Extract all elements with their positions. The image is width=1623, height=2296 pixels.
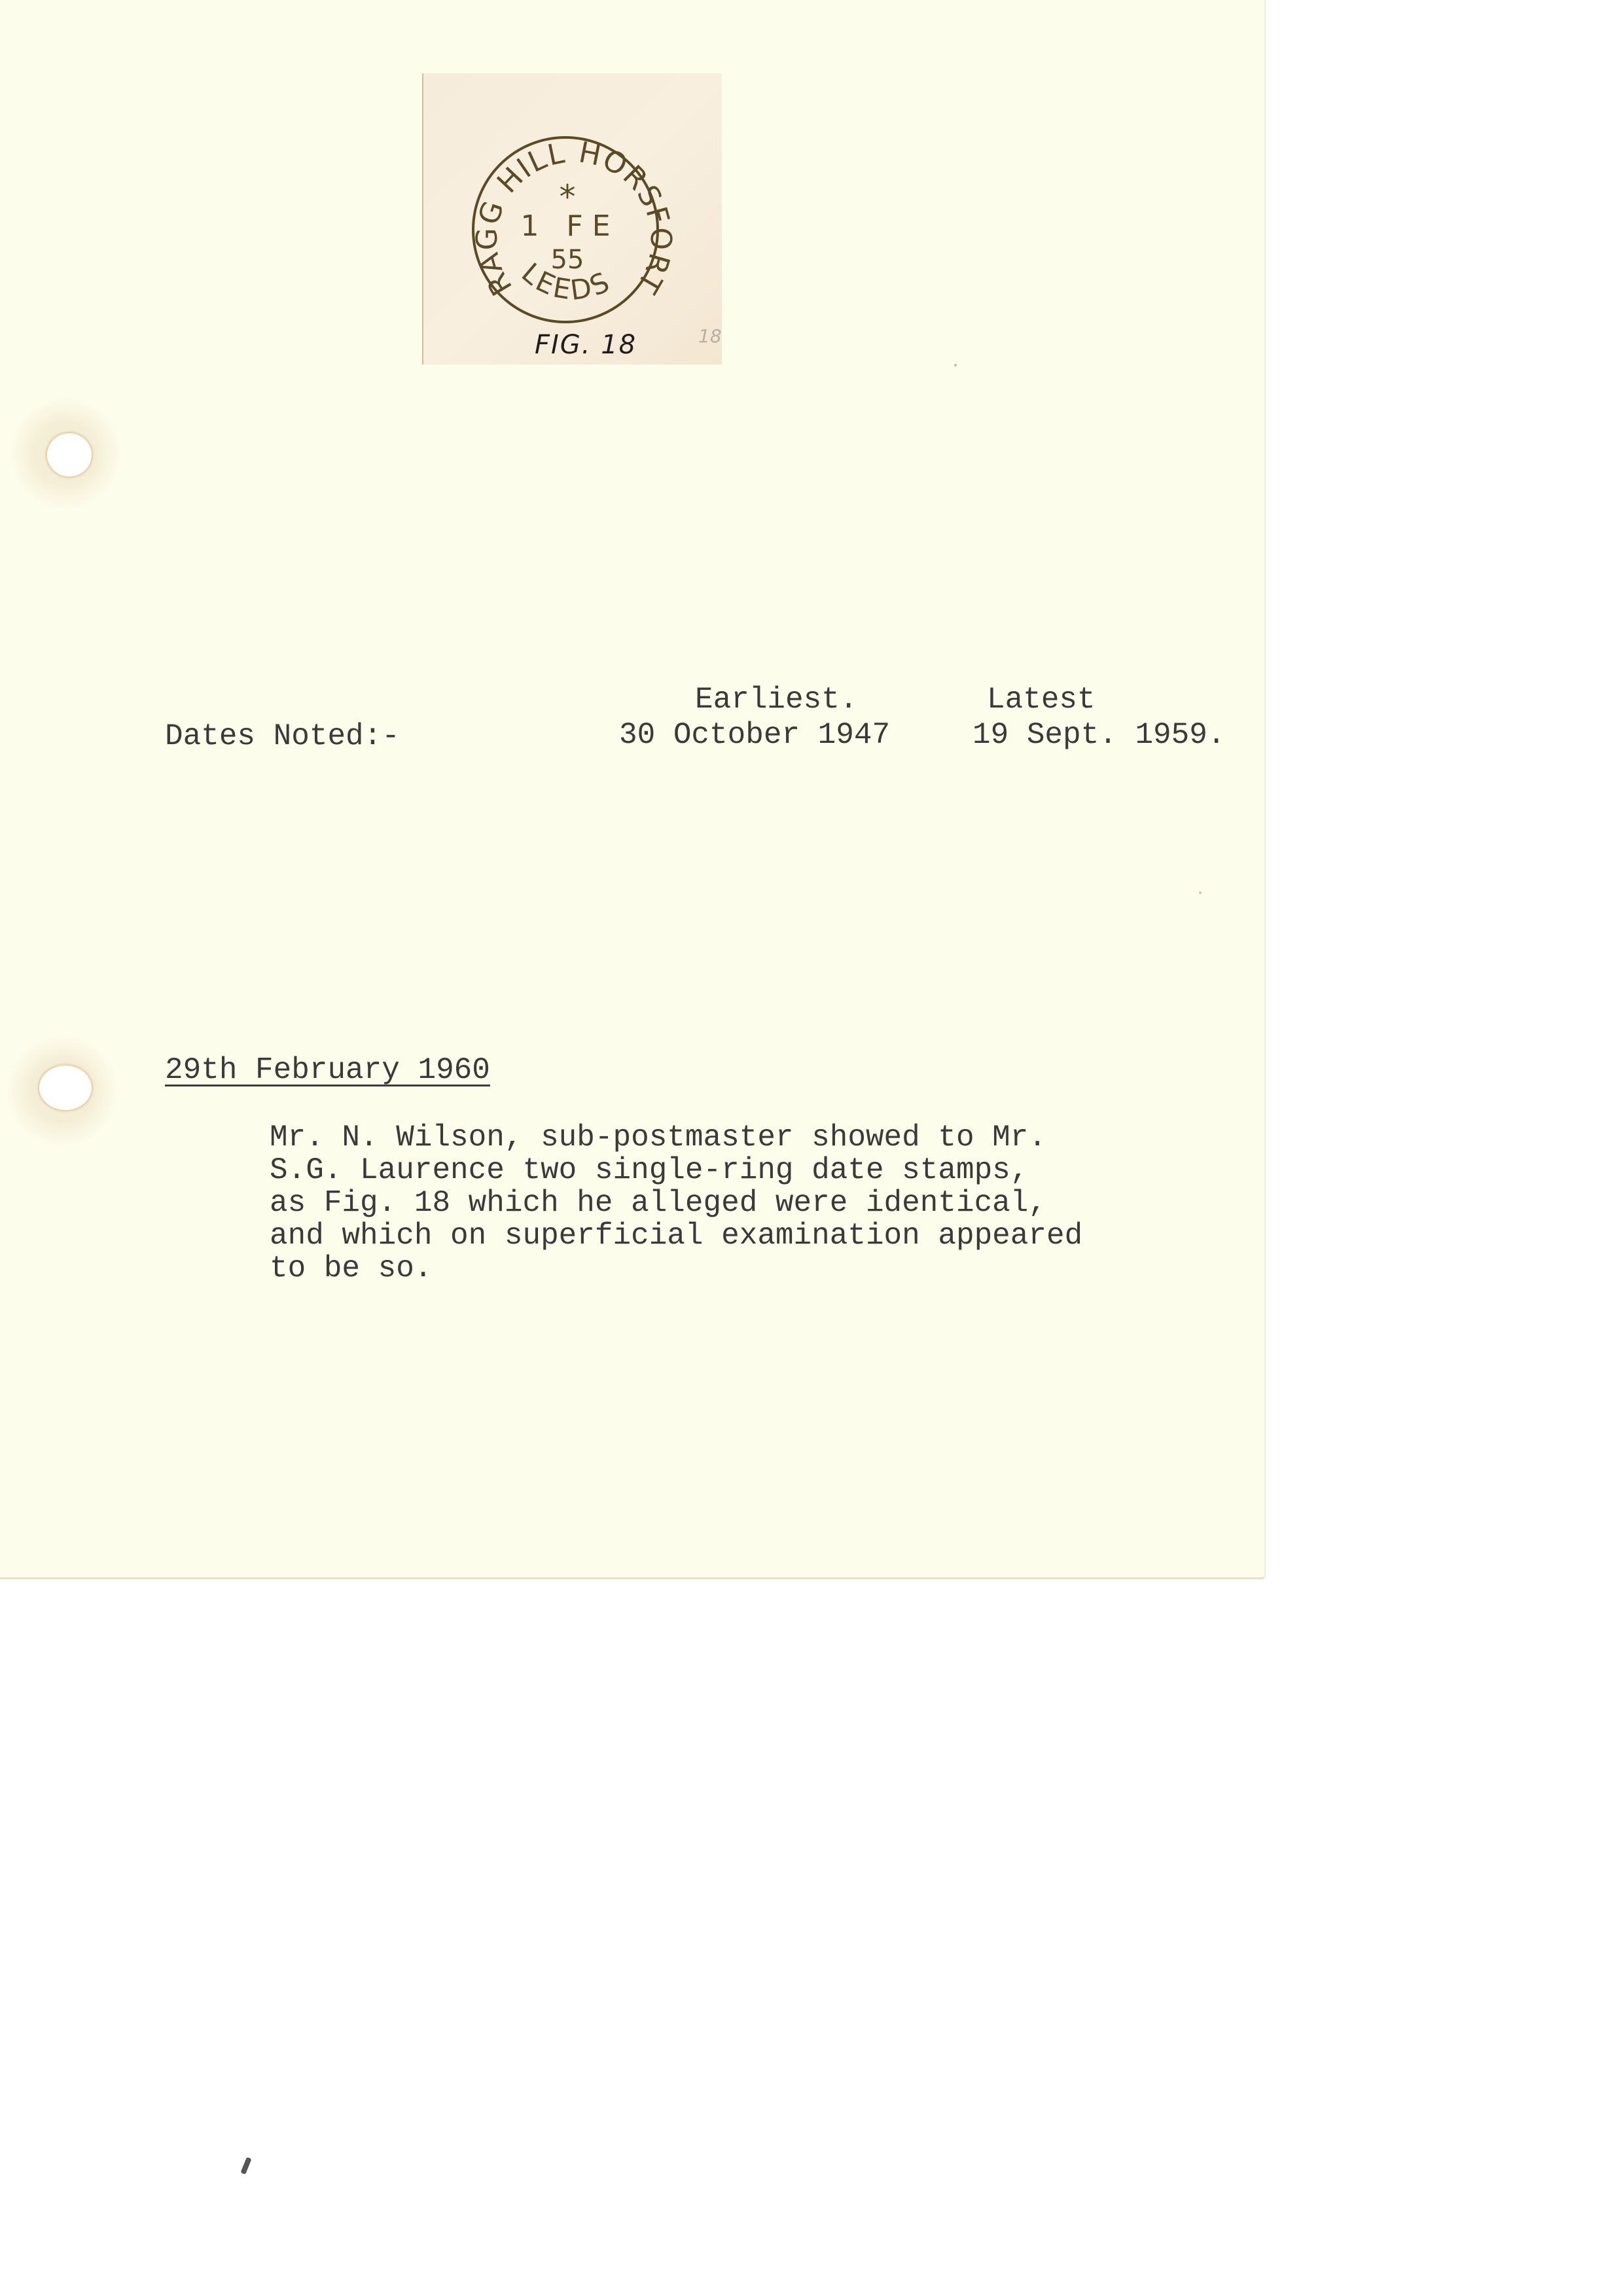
entry-paragraph: Mr. N. Wilson, sub-postmaster showed to … — [270, 1121, 1082, 1284]
paragraph-line: S.G. Laurence two single-ring date stamp… — [270, 1153, 1082, 1186]
latest-date: 19 Sept. 1959. — [972, 720, 1225, 750]
stray-pencil-mark — [240, 2157, 251, 2174]
punch-hole-top — [47, 433, 92, 476]
postmark-date: 1 FE — [421, 209, 719, 243]
postmark-year: 55 — [418, 245, 717, 275]
document-page: CRAGG HILL HORSFORTH LEEDS * 1 FE 55 FIG… — [0, 0, 1266, 1579]
postmark-cutting: CRAGG HILL HORSFORTH LEEDS * 1 FE 55 FIG… — [422, 73, 722, 365]
earliest-date: 30 October 1947 — [619, 720, 890, 750]
latest-header: Latest — [987, 685, 1096, 715]
paragraph-line: Mr. N. Wilson, sub-postmaster showed to … — [270, 1121, 1082, 1153]
entry-date-heading: 29th February 1960 — [165, 1055, 490, 1085]
paragraph-line: as Fig. 18 which he alleged were identic… — [270, 1186, 1082, 1219]
punch-hole-bottom — [39, 1066, 92, 1110]
paper-speck — [954, 364, 957, 367]
earliest-header: Earliest. — [695, 685, 857, 715]
paper-speck — [1199, 891, 1202, 894]
figure-caption: FIG. 18 — [535, 330, 637, 360]
dates-noted-label: Dates Noted:- — [165, 721, 400, 751]
paragraph-line: to be so. — [270, 1251, 1082, 1284]
paragraph-line: and which on superficial examination app… — [270, 1219, 1082, 1251]
pencil-annotation: 18 — [698, 325, 722, 347]
